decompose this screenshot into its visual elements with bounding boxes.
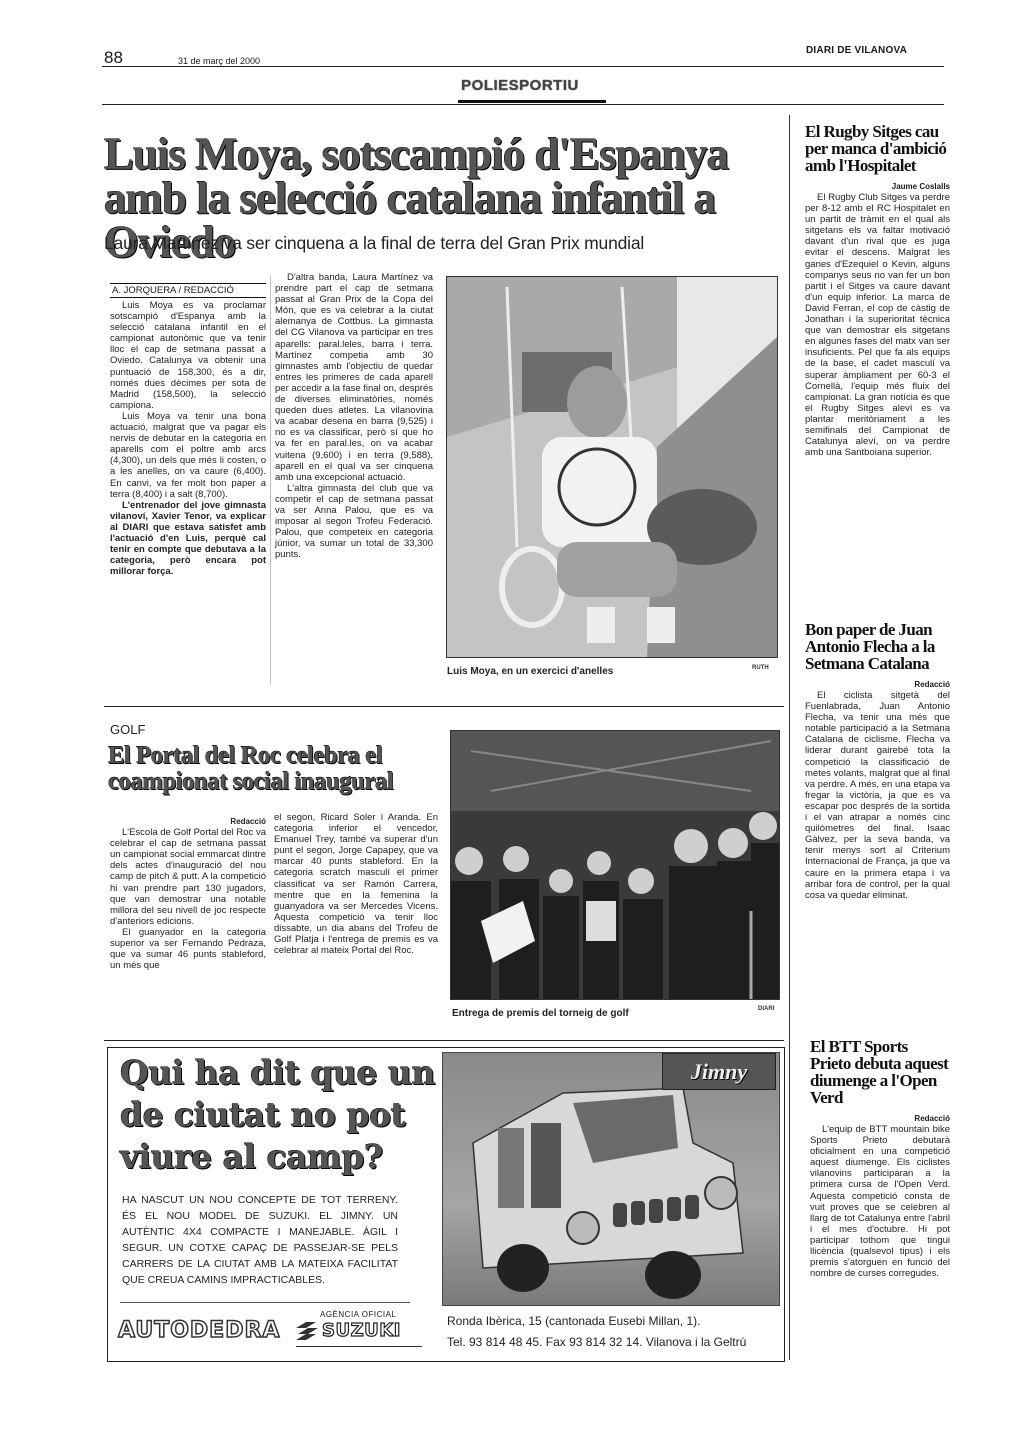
section-rule [102, 104, 944, 105]
sidebar-byline: Redacció [810, 1114, 950, 1123]
dealer-address: Ronda Ibèrica, 15 (cantonada Eusebi Mill… [447, 1311, 746, 1353]
suzuki-jimny-car-icon [443, 1053, 779, 1305]
golf-award-group-photo-icon [451, 731, 779, 999]
ad-top-rule [104, 1040, 784, 1041]
paragraph: el segon, Ricard Soler i Aranda. En cate… [274, 812, 438, 956]
ad-footer-rule [120, 1302, 410, 1303]
paragraph: D'altra banda, Laura Martínez va prendre… [275, 272, 433, 483]
main-byline: A. JORQUERA / REDACCIÓ [110, 283, 266, 298]
golf-photo-caption: Entrega de premis del torneig de golf [452, 1008, 629, 1019]
sidebar-headline: El Rugby Sitges cau per manca d'ambició … [805, 123, 950, 174]
photo-credit: RUTH [752, 665, 769, 671]
suzuki-underline [296, 1346, 422, 1347]
sidebar-article-cycling: Bon paper de Juan Antonio Flecha a la Se… [805, 621, 950, 901]
golf-photo-credit: DIARI [758, 1006, 774, 1012]
sidebar-byline: Jaume Coslalls [805, 182, 950, 191]
photo-caption: Luis Moya, en un exercici d'anelles [447, 666, 613, 677]
column-divider [270, 275, 271, 685]
golf-headline: El Portal del Roc celebra el coampionat … [108, 743, 438, 795]
paragraph: L'altra gimnasta del club que va competi… [275, 483, 433, 561]
header-rule [102, 66, 944, 67]
sidebar-headline: Bon paper de Juan Antonio Flecha a la Se… [805, 621, 950, 672]
sidebar-article-btt: El BTT Sports Prieto debuta aquest diume… [810, 1038, 950, 1279]
gymnast-rings-photo [446, 276, 778, 658]
autodedra-logo: AUTODEDRA [118, 1318, 280, 1343]
address-line: Ronda Ibèrica, 15 (cantonada Eusebi Mill… [447, 1311, 746, 1332]
sidebar-body: L'equip de BTT mountain bike Sports Prie… [810, 1124, 950, 1279]
ad-body-text: HA NASCUT UN NOU CONCEPTE DE TOT TERRENY… [122, 1192, 398, 1288]
golf-article-column-2: el segon, Ricard Soler i Aranda. En cate… [274, 812, 438, 956]
sidebar-body: El ciclista sitgetà del Fuenlabrada, Jua… [805, 690, 950, 901]
agency-label: AGÈNCIA OFICIAL [320, 1310, 396, 1319]
paragraph: Luis Moya es va proclamar sotscampió d'E… [110, 300, 266, 411]
paragraph: Luis Moya va tenir una bona actuació, ma… [110, 411, 266, 500]
phone-line: Tel. 93 814 48 45. Fax 93 814 32 14. Vil… [447, 1332, 746, 1353]
article-divider [104, 706, 784, 707]
page-number: 88 [104, 48, 123, 68]
golf-section-label: GOLF [110, 722, 145, 737]
suzuki-brand: SUZUKI [322, 1320, 401, 1341]
paragraph: El guanyador en la categoria superior va… [110, 927, 266, 971]
section-title: POLIESPORTIU [440, 77, 600, 94]
ad-headline: Qui ha dit que un de ciutat no pot viure… [120, 1052, 440, 1178]
sidebar-body: El Rugby Club Sitges va perdre per 8-12 … [805, 192, 950, 458]
paragraph: L'entrenador del jove gimnasta vilanoví,… [110, 500, 266, 578]
sidebar-byline: Redacció [805, 680, 950, 689]
golf-article-column-1: Redacció L'Escola de Golf Portal del Roc… [110, 816, 266, 971]
main-article-column-1: Luis Moya es va proclamar sotscampió d'E… [110, 300, 266, 577]
gymnast-rings-photo-icon [447, 277, 777, 657]
sidebar-article-rugby: El Rugby Sitges cau per manca d'ambició … [805, 123, 950, 458]
section-underline [458, 100, 606, 103]
jimny-logo: Jimny [662, 1053, 776, 1090]
main-article-column-2: D'altra banda, Laura Martínez va prendre… [275, 272, 433, 560]
sidebar-headline: El BTT Sports Prieto debuta aquest diume… [810, 1038, 950, 1106]
issue-date: 31 de març del 2000 [178, 56, 260, 66]
main-subheadline: Laura Martínez va ser cinquena a la fina… [104, 233, 784, 254]
golf-byline: Redacció [110, 816, 266, 827]
golf-award-group-photo [450, 730, 780, 1000]
paragraph: L'Escola de Golf Portal del Roc va celeb… [110, 827, 266, 927]
suzuki-s-logo-icon [296, 1322, 318, 1347]
suzuki-jimny-car-photo [442, 1052, 780, 1306]
sidebar-divider [789, 115, 790, 1360]
newspaper-name: DIARI DE VILANOVA [806, 45, 907, 56]
